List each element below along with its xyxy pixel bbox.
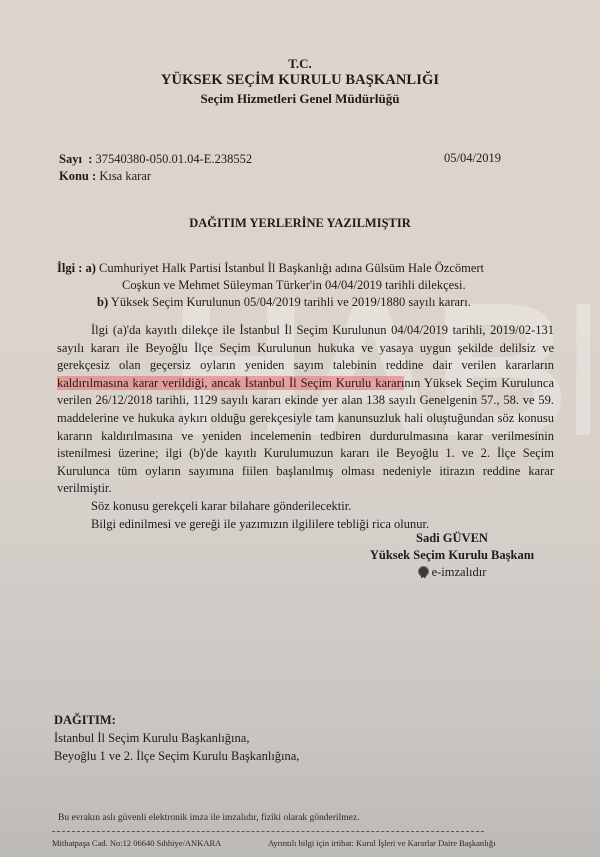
e-signature-label: e-imzalıdır: [432, 564, 487, 581]
document-meta: Sayı : 37540380-050.01.04-E.238552 Konu …: [59, 151, 252, 185]
ilgi-label: İlgi: [57, 261, 75, 275]
reference-a-label: a): [85, 261, 95, 275]
distribution-recipient: İstanbul İl Seçim Kurulu Başkanlığına,: [54, 729, 299, 747]
seal-icon: [418, 567, 429, 579]
distribution-recipient: Beyoğlu 1 ve 2. İlçe Seçim Kurulu Başkan…: [54, 747, 299, 765]
reference-section: İlgi : a) Cumhuriyet Halk Partisi İstanb…: [57, 260, 552, 311]
reference-a: İlgi : a) Cumhuriyet Halk Partisi İstanb…: [57, 260, 552, 277]
konu-row: Konu : Kısa karar: [59, 168, 252, 185]
reference-a-text: Cumhuriyet Halk Partisi İstanbul İl Başk…: [99, 261, 484, 275]
body-paragraph-1: İlgi (a)'da kayıtlı dilekçe ile İstanbul…: [57, 322, 554, 498]
body-paragraph-2: Söz konusu gerekçeli karar bilahare gönd…: [57, 498, 554, 516]
signature-block: Sadi GÜVEN Yüksek Seçim Kurulu Başkanı e…: [352, 530, 552, 581]
reference-b-text: Yüksek Seçim Kurulunun 05/04/2019 tarihl…: [111, 295, 471, 309]
letter-body: İlgi (a)'da kayıtlı dilekçe ile İstanbul…: [57, 322, 554, 533]
footer-divider: [52, 831, 484, 832]
footer-address: Mithatpaşa Cad. No:12 06640 Sıhhiye/ANKA…: [52, 838, 221, 848]
distribution-heading: DAĞITIM:: [54, 711, 299, 729]
reference-b: b) Yüksek Seçim Kurulunun 05/04/2019 tar…: [57, 294, 552, 311]
konu-label: Konu: [59, 169, 89, 183]
reference-b-label: b): [97, 295, 108, 309]
footer-contact: Ayrıntılı bilgi için irtibat: Kurul İşle…: [268, 838, 495, 848]
letterhead-tc: T.C.: [0, 56, 600, 71]
sayi-value: 37540380-050.01.04-E.238552: [95, 152, 252, 166]
e-signature: e-imzalıdır: [352, 564, 552, 581]
distribution-list: DAĞITIM: İstanbul İl Seçim Kurulu Başkan…: [54, 711, 299, 765]
letterhead: T.C. YÜKSEK SEÇİM KURULU BAŞKANLIĞI Seçi…: [0, 56, 600, 107]
sayi-label: Sayı: [59, 152, 82, 166]
highlighted-text: kaldırılmasına karar verildiği, ancak İs…: [57, 376, 404, 390]
signatory-title: Yüksek Seçim Kurulu Başkanı: [352, 547, 552, 564]
signatory-name: Sadi GÜVEN: [352, 530, 552, 547]
letterhead-department: Seçim Hizmetleri Genel Müdürlüğü: [0, 90, 600, 107]
konu-value: Kısa karar: [99, 169, 151, 183]
distribution-title: DAĞITIM YERLERİNE YAZILMIŞTIR: [0, 216, 600, 231]
sayi-row: Sayı : 37540380-050.01.04-E.238552: [59, 151, 252, 168]
reference-a-continued: Coşkun ve Mehmet Süleyman Türker'in 04/0…: [57, 277, 552, 294]
letterhead-organization: YÜKSEK SEÇİM KURULU BAŞKANLIĞI: [0, 71, 600, 90]
footer-note: Bu evrakın aslı güvenli elektronik imza …: [58, 813, 359, 823]
document-date: 05/04/2019: [444, 151, 501, 166]
